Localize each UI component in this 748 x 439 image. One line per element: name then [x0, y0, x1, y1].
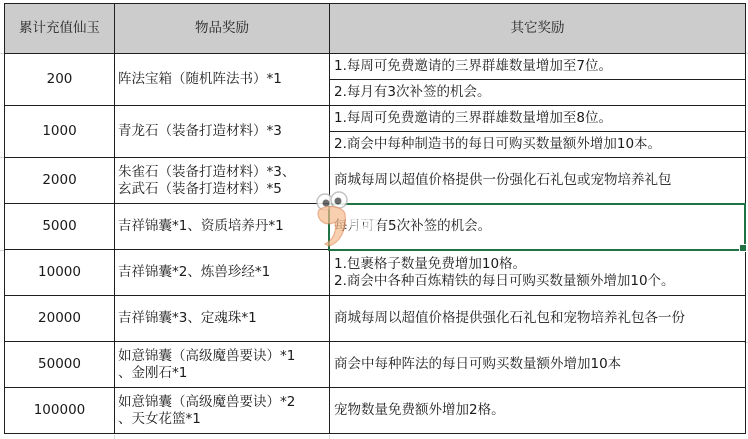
- amount-cell[interactable]: 1000: [5, 106, 115, 158]
- items-cell[interactable]: 青龙石（装备打造材料）*3: [115, 106, 330, 158]
- gridline: [114, 435, 115, 439]
- items-line: 青龙石（装备打造材料）*3: [118, 123, 282, 139]
- items-cell[interactable]: 吉祥锦囊*2、炼兽珍经*1: [115, 250, 330, 296]
- amount-cell[interactable]: 2000: [5, 158, 115, 204]
- table-row: 10000 吉祥锦囊*2、炼兽珍经*1 1.包裹格子数量免费增加10格。 2.商…: [5, 250, 746, 296]
- table-row: 100000 如意锦囊（高级魔兽要诀）*2 、天女花篮*1 宠物数量免费额外增加…: [5, 388, 746, 434]
- table-row: 200 阵法宝箱（随机阵法书）*1 1.每周可免费邀请的三界群雄数量增加至7位。: [5, 54, 746, 80]
- items-cell[interactable]: 吉祥锦囊*1、资质培养丹*1: [115, 204, 330, 250]
- amount-cell[interactable]: 20000: [5, 296, 115, 342]
- items-cell[interactable]: 阵法宝箱（随机阵法书）*1: [115, 54, 330, 106]
- items-cell[interactable]: 如意锦囊（高级魔兽要诀）*2 、天女花篮*1: [115, 388, 330, 434]
- other-cell[interactable]: 商城每周以超值价格提供强化石礼包和宠物培养礼包各一份: [330, 296, 746, 342]
- items-cell[interactable]: 朱雀石（装备打造材料）*3、 玄武石（装备打造材料）*5: [115, 158, 330, 204]
- other-cell[interactable]: 1.包裹格子数量免费增加10格。 2.商会中各种百炼精铁的每日可购买数量额外增加…: [330, 250, 746, 296]
- items-line: 阵法宝箱（随机阵法书）*1: [118, 71, 282, 87]
- other-cell[interactable]: 商城每周以超值价格提供一份强化石礼包或宠物培养礼包: [330, 158, 746, 204]
- gridline: [329, 435, 330, 439]
- other-line: 1.包裹格子数量免费增加10格。: [334, 256, 745, 273]
- table-row: 50000 如意锦囊（高级魔兽要诀）*1 、金刚石*1 商会中每种阵法的每日可购…: [5, 342, 746, 388]
- other-cell[interactable]: 1.每周可免费邀请的三界群雄数量增加至7位。: [330, 54, 746, 80]
- items-line: 如意锦囊（高级魔兽要诀）*1: [118, 348, 329, 365]
- header-other[interactable]: 其它奖励: [330, 4, 746, 54]
- amount-cell[interactable]: 50000: [5, 342, 115, 388]
- items-line: 如意锦囊（高级魔兽要诀）*2: [118, 394, 329, 411]
- items-line: 吉祥锦囊*3、定魂珠*1: [118, 310, 257, 326]
- items-line: 玄武石（装备打造材料）*5: [118, 181, 329, 198]
- amount-cell[interactable]: 200: [5, 54, 115, 106]
- other-line: 2.商会中各种百炼精铁的每日可购买数量额外增加10个。: [334, 273, 745, 290]
- table-row: 20000 吉祥锦囊*3、定魂珠*1 商城每周以超值价格提供强化石礼包和宠物培养…: [5, 296, 746, 342]
- other-cell[interactable]: 宠物数量免费额外增加2格。: [330, 388, 746, 434]
- recharge-reward-table: 累计充值仙玉 物品奖励 其它奖励 200 阵法宝箱（随机阵法书）*1 1.每周可…: [4, 3, 746, 434]
- other-cell[interactable]: 2.每月有3次补签的机会。: [330, 80, 746, 106]
- items-cell[interactable]: 吉祥锦囊*3、定魂珠*1: [115, 296, 330, 342]
- amount-cell[interactable]: 100000: [5, 388, 115, 434]
- items-cell[interactable]: 如意锦囊（高级魔兽要诀）*1 、金刚石*1: [115, 342, 330, 388]
- other-cell-selected[interactable]: 每月可有5次补签的机会。: [330, 204, 746, 250]
- other-cell[interactable]: 2.商会中每种制造书的每日可购买数量额外增加10本。: [330, 132, 746, 158]
- items-line: 朱雀石（装备打造材料）*3、: [118, 164, 329, 181]
- table-row: 5000 吉祥锦囊*1、资质培养丹*1 每月可有5次补签的机会。: [5, 204, 746, 250]
- fill-handle[interactable]: [739, 244, 747, 252]
- other-cell[interactable]: 1.每周可免费邀请的三界群雄数量增加至8位。: [330, 106, 746, 132]
- other-cell[interactable]: 商会中每种阵法的每日可购买数量额外增加10本: [330, 342, 746, 388]
- amount-cell[interactable]: 5000: [5, 204, 115, 250]
- items-line: 、金刚石*1: [118, 365, 329, 382]
- items-line: 吉祥锦囊*1、资质培养丹*1: [118, 218, 284, 234]
- header-row: 累计充值仙玉 物品奖励 其它奖励: [5, 4, 746, 54]
- header-items[interactable]: 物品奖励: [115, 4, 330, 54]
- amount-cell[interactable]: 10000: [5, 250, 115, 296]
- table-row: 2000 朱雀石（装备打造材料）*3、 玄武石（装备打造材料）*5 商城每周以超…: [5, 158, 746, 204]
- items-line: 、天女花篮*1: [118, 411, 329, 428]
- items-line: 吉祥锦囊*2、炼兽珍经*1: [118, 264, 270, 280]
- table-row: 1000 青龙石（装备打造材料）*3 1.每周可免费邀请的三界群雄数量增加至8位…: [5, 106, 746, 132]
- header-amount[interactable]: 累计充值仙玉: [5, 4, 115, 54]
